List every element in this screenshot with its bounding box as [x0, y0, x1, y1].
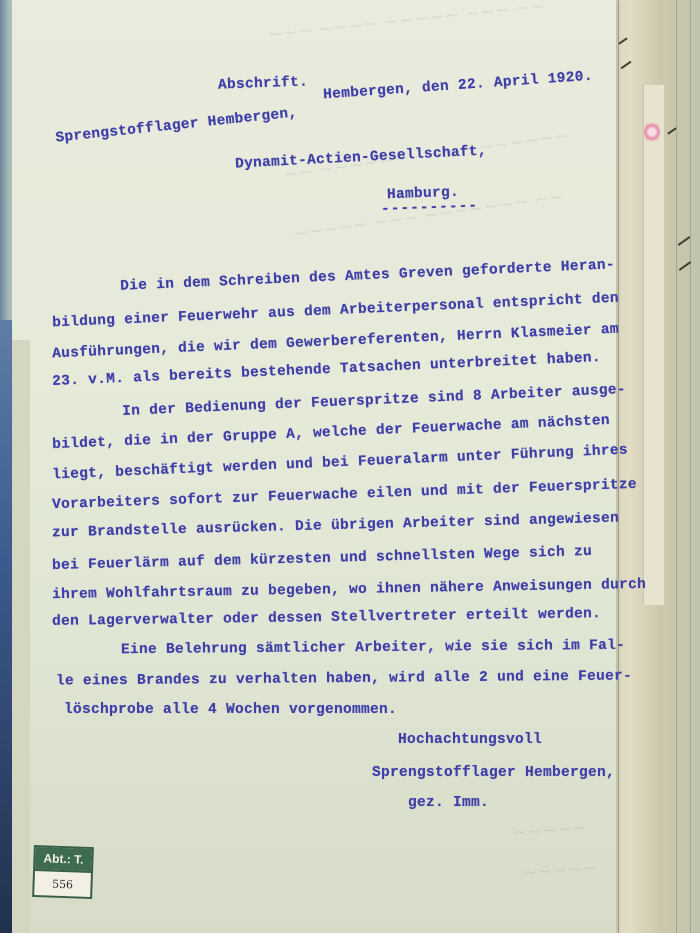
signature-line: gez. Imm.: [408, 795, 489, 811]
sheet-edge: [676, 0, 677, 933]
bleed-through-handwriting: ~~~~~: [511, 817, 588, 843]
archive-stamp-number: 556: [34, 869, 91, 897]
page-shadow-strip: [12, 340, 30, 933]
signature-org-line: Sprengstofflager Hembergen,: [372, 765, 615, 781]
document-heading: Abschrift.: [218, 74, 309, 93]
closing-line: Hochachtungsvoll: [398, 732, 542, 748]
body-line: löschprobe alle 4 Wochen vorgenommen.: [64, 702, 397, 718]
archive-stamp: Abt.: T. 556: [32, 845, 94, 899]
archive-stamp-label: Abt.: T.: [35, 847, 92, 871]
bleed-through-handwriting: ~~~~~: [521, 857, 598, 883]
sheet-edge: [618, 0, 619, 933]
bleed-through-handwriting: ~~~ ~~~~ ~~~~~ ~~~ ~~: [267, 0, 547, 46]
recipient-city-underline: ----------: [381, 198, 479, 217]
sheet-edge: [690, 0, 691, 933]
underlying-sheet-tab: [643, 85, 664, 605]
pink-rosette-stamp-icon: [644, 120, 660, 144]
